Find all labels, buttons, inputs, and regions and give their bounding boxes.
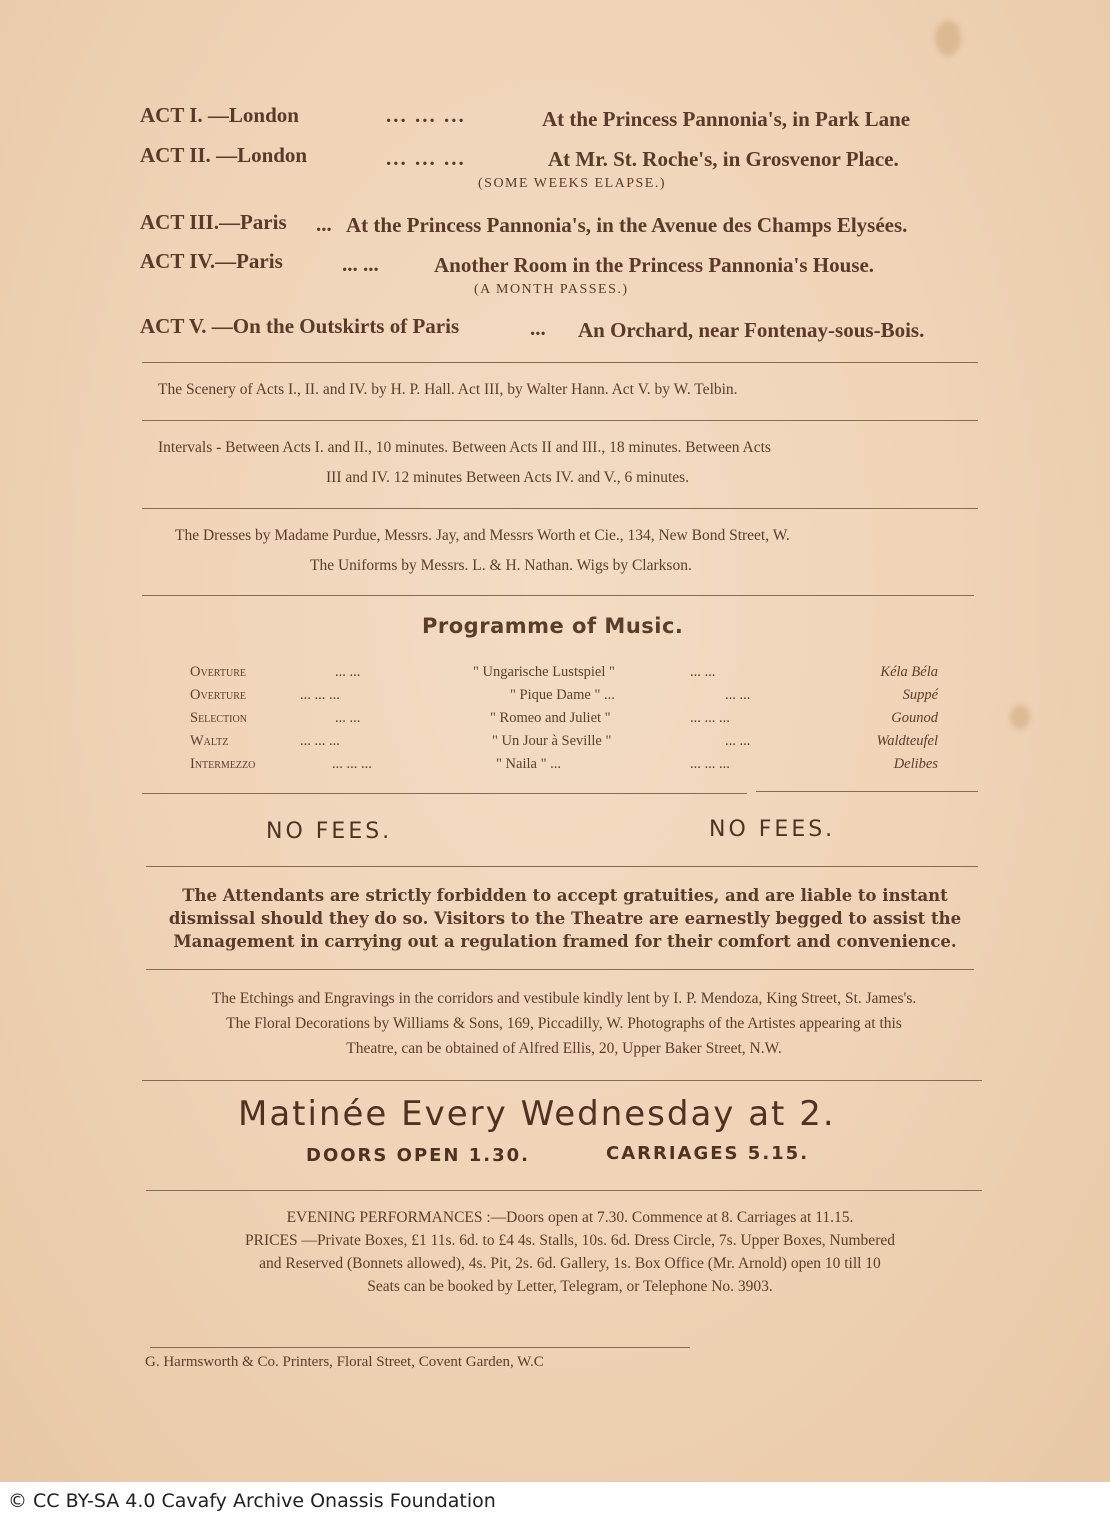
prices-line-2: PRICES —Private Boxes, £1 11s. 6d. to £4… [140, 1229, 1000, 1252]
act-4-setting: Another Room in the Princess Pannonia's … [434, 253, 874, 278]
act-2-setting: At Mr. St. Roche's, in Grosvenor Place. [548, 147, 899, 172]
paper-stain [1010, 705, 1030, 729]
divider [146, 866, 978, 867]
matinee-headline: Matinée Every Wednesday at 2. [238, 1094, 836, 1134]
music-item: Selection ... ... " Romeo and Juliet " .… [190, 710, 938, 730]
divider [142, 362, 978, 363]
license-credit: © CC BY-SA 4.0 Cavafy Archive Onassis Fo… [8, 1490, 496, 1512]
dresses-line-2: The Uniforms by Messrs. L. & H. Nathan. … [310, 557, 692, 575]
scenery-credits: The Scenery of Acts I., II. and IV. by H… [158, 381, 738, 399]
divider [142, 420, 978, 421]
divider [150, 1347, 690, 1348]
act-2-label: ACT II. —London [140, 143, 307, 168]
paper-stain [935, 20, 961, 56]
act-2-dots: ... ... ... [386, 146, 466, 171]
music-item: Waltz ... ... ... " Un Jour à Seville " … [190, 733, 938, 753]
music-programme-title: Programme of Music. [422, 614, 683, 638]
license-footer: © CC BY-SA 4.0 Cavafy Archive Onassis Fo… [0, 1482, 1110, 1523]
divider [146, 969, 974, 970]
intervals-line-2: III and IV. 12 minutes Between Acts IV. … [326, 469, 689, 487]
intervals-line-1: Intervals - Between Acts I. and II., 10 … [158, 439, 771, 457]
matinee-doors: DOORS OPEN 1.30. [306, 1145, 530, 1166]
music-item: Overture ... ... " Ungarische Lustspiel … [190, 664, 938, 684]
act-4-label: ACT IV.—Paris [140, 249, 283, 274]
act-3-dots: ... [316, 212, 332, 237]
act-1-label: ACT I. —London [140, 103, 299, 128]
act-4-dots: ... ... [342, 252, 379, 277]
divider [142, 595, 974, 596]
ack-line-3: Theatre, can be obtained of Alfred Ellis… [138, 1036, 990, 1061]
act-1-setting: At the Princess Pannonia's, in Park Lane [542, 107, 910, 132]
no-fees-right: NO FEES. [709, 817, 835, 842]
prices-line-3: and Reserved (Bonnets allowed), 4s. Pit,… [140, 1252, 1000, 1275]
evening-performances: EVENING PERFORMANCES :—Doors open at 7.3… [140, 1206, 1000, 1298]
act-1-dots: ... ... ... [386, 103, 466, 128]
ack-line-2: The Floral Decorations by Williams & Son… [138, 1011, 990, 1036]
attendants-notice: The Attendants are strictly forbidden to… [140, 884, 990, 953]
divider [142, 508, 978, 509]
act-5-setting: An Orchard, near Fontenay-sous-Bois. [578, 318, 924, 343]
act-5-dots: ... [530, 316, 546, 341]
divider [142, 1080, 982, 1081]
dresses-line-1: The Dresses by Madame Purdue, Messrs. Ja… [175, 527, 790, 545]
music-item: Overture ... ... ... " Pique Dame " ... … [190, 687, 938, 707]
no-fees-left: NO FEES. [266, 819, 392, 844]
printer-credit: G. Harmsworth & Co. Printers, Floral Str… [145, 1354, 544, 1371]
matinee-carriages: CARRIAGES 5.15. [606, 1143, 809, 1164]
acknowledgements: The Etchings and Engravings in the corri… [138, 986, 990, 1061]
act-5-label: ACT V. —On the Outskirts of Paris [140, 314, 459, 339]
divider [142, 793, 747, 794]
music-item: Intermezzo ... ... ... " Naila " ... ...… [190, 756, 938, 776]
booking-line-4: Seats can be booked by Letter, Telegram,… [140, 1275, 1000, 1298]
time-note-month-passes: (A MONTH PASSES.) [474, 282, 629, 298]
divider [146, 1190, 982, 1191]
ack-line-1: The Etchings and Engravings in the corri… [138, 986, 990, 1011]
divider [756, 791, 978, 792]
time-note-some-weeks: (SOME WEEKS ELAPSE.) [478, 176, 666, 192]
act-3-label: ACT III.—Paris [140, 210, 287, 235]
evening-line-1: EVENING PERFORMANCES :—Doors open at 7.3… [140, 1206, 1000, 1229]
programme-page: ACT I. —London ... ... ... At the Prince… [0, 0, 1110, 1482]
act-3-setting: At the Princess Pannonia's, in the Avenu… [346, 213, 907, 238]
